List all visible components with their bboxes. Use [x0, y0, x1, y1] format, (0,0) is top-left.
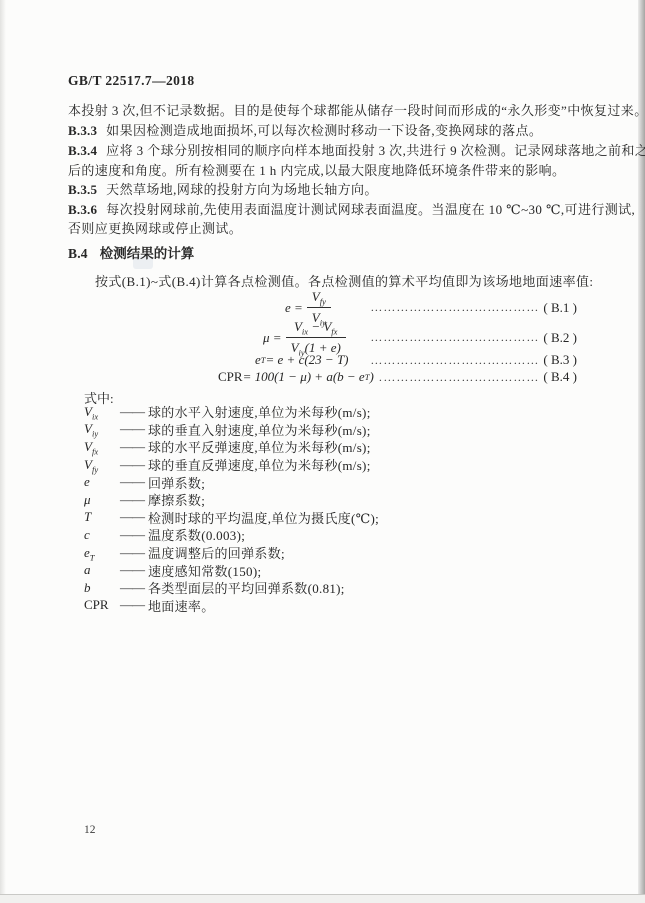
- formula-b4-equation: CPR = 100(1 − μ) + a(b − eT): [218, 369, 374, 385]
- variable-description: 各类型面层的平均回弹系数(0.81);: [148, 578, 345, 597]
- variable-symbol: μ: [84, 492, 120, 508]
- scanned-document-page: GB/T 22517.7—2018 本投射 3 次,但不记录数据。目的是使每个球…: [0, 0, 645, 903]
- section-title: 检测结果的计算: [100, 246, 195, 261]
- page-left-edge: [0, 0, 6, 903]
- variable-description: 摩擦系数;: [148, 490, 205, 509]
- variable-description: 球的垂直入射速度,单位为米每秒(m/s);: [148, 420, 371, 439]
- variable-symbol: CPR: [84, 597, 120, 613]
- section-heading: B.4检测结果的计算: [68, 242, 194, 262]
- list-item: Vix —— 球的水平入射速度,单位为米每秒(m/s);: [84, 403, 379, 421]
- definition-dash: ——: [120, 404, 144, 420]
- formula-label: ( B.1 ): [543, 300, 577, 316]
- dot-leader: …………………………………: [335, 300, 540, 315]
- definition-dash: ——: [120, 562, 144, 578]
- page-number: 12: [84, 824, 96, 836]
- list-item: eT —— 温度调整后的回弹系数;: [84, 544, 379, 562]
- definition-dash: ——: [120, 527, 144, 543]
- body-text: 天然草场地,网球的投射方向为场地长轴方向。: [106, 182, 378, 197]
- variable-description: 速度感知常数(150);: [148, 561, 261, 580]
- list-item: b —— 各类型面层的平均回弹系数(0.81);: [84, 579, 379, 597]
- fraction: Vix − Vfx Viy(1 + e): [286, 319, 346, 356]
- list-item: c —— 温度系数(0.003);: [84, 526, 379, 544]
- variable-description: 回弹系数;: [148, 473, 205, 492]
- formula-b4: CPR = 100(1 − μ) + a(b − eT) ………………………………: [85, 369, 577, 385]
- formula-b2-equation: μ = Vix − Vfx Viy(1 + e): [263, 319, 346, 356]
- dot-leader: …………………………………: [353, 353, 540, 368]
- variable-definition-list: Vix —— 球的水平入射速度,单位为米每秒(m/s); Viy —— 球的垂直…: [84, 403, 379, 614]
- definition-dash: ——: [120, 509, 144, 525]
- body-text: 每次投射网球前,先使用表面温度计测试网球表面温度。当温度在 10 ℃~30 ℃,…: [106, 202, 635, 217]
- section-intro-text: 按式(B.1)~式(B.4)计算各点检测值。各点检测值的算术平均值即为该场地地面…: [95, 271, 593, 290]
- formula-lhs: CPR: [218, 369, 243, 385]
- body-text: 本投射 3 次,但不记录数据。目的是使每个球都能从储存一段时间而形成的“永久形变…: [68, 103, 645, 118]
- variable-symbol: a: [84, 562, 120, 578]
- page-bottom-edge: [0, 894, 645, 903]
- body-text: 应将 3 个球分别按相同的顺序向样本地面投射 3 次,共进行 9 次检测。记录网…: [106, 143, 645, 158]
- clause-number: B.3.4: [68, 143, 97, 158]
- formula-rhs: = 100(1 − μ) + a(b − e: [243, 369, 365, 385]
- variable-symbol: b: [84, 580, 120, 596]
- variable-description: 地面速率。: [148, 596, 215, 615]
- list-item: e —— 回弹系数;: [84, 473, 379, 491]
- variable-symbol: eT: [84, 545, 120, 561]
- variable-symbol: c: [84, 527, 120, 543]
- dot-leader: …………………………………: [378, 370, 540, 385]
- variable-description: 球的水平反弹速度,单位为米每秒(m/s);: [148, 437, 371, 456]
- variable-symbol: Vfy: [84, 457, 120, 473]
- formula-rhs: = e + c(23 − T): [266, 352, 349, 368]
- formula-lhs: μ =: [263, 330, 282, 346]
- variable-description: 球的水平入射速度,单位为米每秒(m/s);: [148, 402, 371, 421]
- variable-description: 温度系数(0.003);: [148, 525, 245, 544]
- definition-dash: ——: [120, 545, 144, 561]
- variable-symbol: e: [84, 474, 120, 490]
- body-line: B.3.5天然草场地,网球的投射方向为场地长轴方向。: [68, 179, 378, 198]
- variable-symbol: Vfx: [84, 439, 120, 455]
- definition-dash: ——: [120, 457, 144, 473]
- formula-b3-equation: eT = e + c(23 − T): [255, 352, 349, 368]
- list-item: T —— 检测时球的平均温度,单位为摄氏度(℃);: [84, 509, 379, 527]
- definition-dash: ——: [120, 492, 144, 508]
- list-item: μ —— 摩擦系数;: [84, 491, 379, 509]
- definition-dash: ——: [120, 580, 144, 596]
- section-number: B.4: [68, 246, 88, 261]
- definition-dash: ——: [120, 439, 144, 455]
- definition-dash: ——: [120, 597, 144, 613]
- definition-dash: ——: [120, 474, 144, 490]
- variable-description: 检测时球的平均温度,单位为摄氏度(℃);: [148, 508, 379, 527]
- clause-number: B.3.5: [68, 182, 97, 197]
- formula-label: ( B.4 ): [543, 369, 577, 385]
- variable-symbol: Viy: [84, 421, 120, 437]
- list-item: a —— 速度感知常数(150);: [84, 561, 379, 579]
- document-number-header: GB/T 22517.7—2018: [68, 73, 195, 89]
- body-text: 如果因检测造成地面损坏,可以每次检测时移动一下设备,变换网球的落点。: [106, 123, 542, 138]
- clause-number: B.3.3: [68, 123, 97, 138]
- body-text: 否则应更换网球或停止测试。: [68, 221, 242, 236]
- body-line: 本投射 3 次,但不记录数据。目的是使每个球都能从储存一段时间而形成的“永久形变…: [68, 100, 645, 119]
- variable-symbol: T: [84, 509, 120, 525]
- body-line: B.3.4应将 3 个球分别按相同的顺序向样本地面投射 3 次,共进行 9 次检…: [68, 140, 645, 159]
- formula-b3: eT = e + c(23 − T) ………………………………… ( B.3 ): [85, 352, 577, 368]
- fraction-numerator: Vix − Vfx: [286, 319, 346, 338]
- variable-description: 球的垂直反弹速度,单位为米每秒(m/s);: [148, 455, 371, 474]
- variable-description: 温度调整后的回弹系数;: [148, 543, 285, 562]
- list-item: CPR —— 地面速率。: [84, 597, 379, 615]
- formula-b2: μ = Vix − Vfx Viy(1 + e) ………………………………… (…: [85, 319, 577, 356]
- variable-symbol: Vix: [84, 404, 120, 420]
- dot-leader: …………………………………: [350, 330, 540, 345]
- fraction-numerator: Vfy: [307, 289, 331, 308]
- body-line: 否则应更换网球或停止测试。: [68, 218, 242, 237]
- body-line: 后的速度和角度。所有检测要在 1 h 内完成,以最大限度地降低环境条件带来的影响…: [68, 160, 565, 179]
- formula-label: ( B.3 ): [543, 352, 577, 368]
- formula-lhs: e: [255, 352, 261, 368]
- formula-lhs: e =: [285, 300, 303, 316]
- list-item: Viy —— 球的垂直入射速度,单位为米每秒(m/s);: [84, 421, 379, 439]
- body-line: B.3.3如果因检测造成地面损坏,可以每次检测时移动一下设备,变换网球的落点。: [68, 120, 542, 139]
- formula-label: ( B.2 ): [543, 330, 577, 346]
- list-item: Vfx —— 球的水平反弹速度,单位为米每秒(m/s);: [84, 438, 379, 456]
- body-text: 后的速度和角度。所有检测要在 1 h 内完成,以最大限度地降低环境条件带来的影响…: [68, 163, 565, 178]
- body-line: B.3.6每次投射网球前,先使用表面温度计测试网球表面温度。当温度在 10 ℃~…: [68, 199, 635, 218]
- list-item: Vfy —— 球的垂直反弹速度,单位为米每秒(m/s);: [84, 456, 379, 474]
- page-right-edge: [638, 0, 645, 903]
- definition-dash: ——: [120, 421, 144, 437]
- clause-number: B.3.6: [68, 202, 97, 217]
